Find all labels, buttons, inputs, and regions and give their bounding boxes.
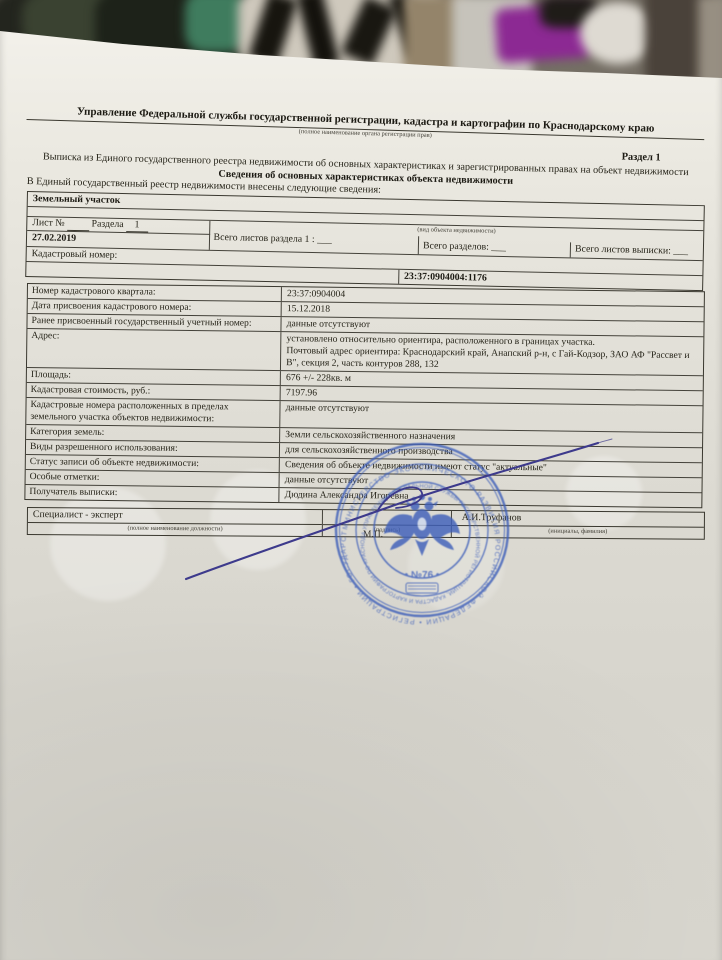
- sheet-section-no: 1: [126, 219, 148, 233]
- position-caption: (полное наименование должности): [28, 523, 322, 536]
- signature-caption: (подпись): [323, 525, 451, 537]
- egrn-document: Управление Федеральной службы государств…: [27, 104, 705, 535]
- row-value: данные отсутствуют: [280, 401, 702, 432]
- seal-place-mark: М.П.: [363, 530, 383, 542]
- beige-edge: [698, 0, 722, 87]
- sheet-section-label: Раздела: [91, 219, 123, 231]
- signature-space: [323, 510, 451, 526]
- sheet-label: Лист №: [32, 217, 65, 229]
- name-cell: А.И.Труфанов (инициалы, фамилия): [452, 511, 704, 539]
- position-cell: Специалист - эксперт (полное наименовани…: [28, 508, 324, 536]
- expert-name: А.И.Труфанов: [452, 511, 704, 528]
- row-value: установлено относительно ориентира, расп…: [281, 332, 703, 375]
- row-label: Адрес:: [27, 329, 282, 370]
- signature-cell: (подпись): [323, 510, 452, 537]
- object-table: Земельный участок Лист № Раздела 1 (вид …: [25, 191, 705, 291]
- sheet-blank: [67, 218, 89, 232]
- photo-of-egrn-extract: { "colors": { "stamp_blue": "#3f60ba", "…: [0, 0, 722, 960]
- row-label: Кадастровые номера расположенных в преде…: [26, 398, 280, 427]
- name-caption: (инициалы, фамилия): [452, 526, 704, 539]
- row-label: Получатель выписки:: [25, 485, 279, 502]
- total-sheets-extract: Всего листов выписки: ___: [571, 243, 703, 260]
- characteristics-table: Номер кадастрового квартала:23:37:090400…: [24, 283, 705, 508]
